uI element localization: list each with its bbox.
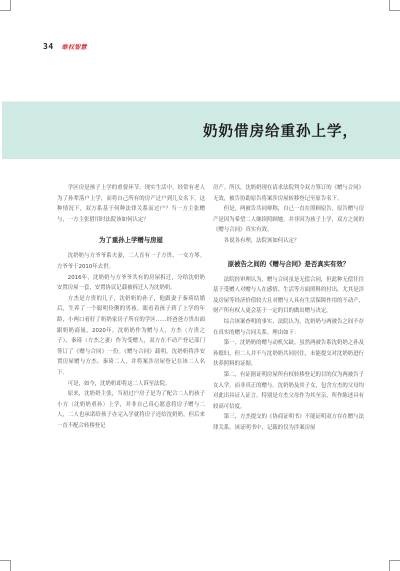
crop-mark-top-left bbox=[0, 0, 11, 11]
body-paragraph: 法院经审理认为，赠与合同虽是无偿合同，但此种无偿往往基于受赠人对赠与人在感情、生… bbox=[213, 275, 364, 317]
section-heading-1: 为了重孙上学赠与房屋 bbox=[57, 235, 205, 245]
intro-paragraph: 学区房是孩子上学的重要环节。现实生活中，经常有老人为了孙辈落户上学，而将自己所有… bbox=[57, 183, 205, 225]
body-paragraph: 第一，沈奶奶的赠与动机欠缺。虽然两被告系沈奶奶之孙及孙媳妇，但二人并不与沈奶奶共… bbox=[213, 338, 364, 370]
left-column: 学区房是孩子上学的重要环节。现实生活中，经常有老人为了孙辈落户上学，而将自己所有… bbox=[57, 183, 205, 431]
section-heading-2: 原被告之间的《赠与合同》是否真实有效？ bbox=[213, 259, 364, 269]
body-paragraph: 沈奶奶与方爷爷系夫妻，二人育有一子方贵、一女方琴。方爷爷于2010年去世。 bbox=[57, 251, 205, 272]
body-paragraph: 可是，如今，沈奶奶却将这二人诉至法院。 bbox=[57, 379, 205, 390]
page-header: 34 维权智慧 bbox=[43, 42, 87, 51]
body-paragraph: 原来，沈奶奶主张，当初过户房子是为了配合二人的孩子小方（沈奶奶重孙）上学，并非自… bbox=[57, 389, 205, 431]
body-paragraph: 但是，两被告共同辩称，自己一直在照顾原告，原告赠与房产是因为希望二人继续照顾她，… bbox=[213, 204, 364, 236]
page-number: 34 bbox=[43, 42, 54, 51]
title-banner: 奶奶借房给重孙上学， bbox=[2, 101, 400, 159]
body-paragraph: 第二，有证据证明房屋所有权转移登记的目的仅为两被告子女入学，而非真正的赠与。沈奶… bbox=[213, 370, 364, 412]
right-column: 房产。所以，沈奶奶现在请求法院判令双方签订的《赠与合同》无效，被告协助原告将案涉… bbox=[213, 183, 364, 433]
article-title: 奶奶借房给重孙上学， bbox=[203, 120, 358, 141]
body-paragraph: 方杰是方贵的儿子，沈奶奶的孙子，他跟妻子秦琦结婚后，生养了一个聪明伶俐的男孩。眼… bbox=[57, 294, 205, 379]
crop-mark-top-right bbox=[389, 0, 400, 11]
crop-mark-bottom-left bbox=[0, 560, 11, 571]
body-paragraph: 综合该案查明的事实，法院认为，沈奶奶与两被告之间不存在真实的赠与合同关系。理由如… bbox=[213, 317, 364, 338]
section-name: 维权智慧 bbox=[62, 42, 87, 51]
body-paragraph: 第三，方杰提交的《协商证明书》不能证明双方存在赠与法律关系。该证明书中，记载的仅… bbox=[213, 412, 364, 433]
continuation-paragraph: 房产。所以，沈奶奶现在请求法院判令双方签订的《赠与合同》无效，被告协助原告将案涉… bbox=[213, 183, 364, 204]
body-paragraph: 各说各有理，法院该如何认定？ bbox=[213, 236, 364, 247]
crop-mark-bottom-right bbox=[389, 560, 400, 571]
body-paragraph: 2016年，沈奶奶与方爷爷共有的房屋拆迁，分给沈奶奶安置房屋一套，安置协议记载被… bbox=[57, 273, 205, 294]
